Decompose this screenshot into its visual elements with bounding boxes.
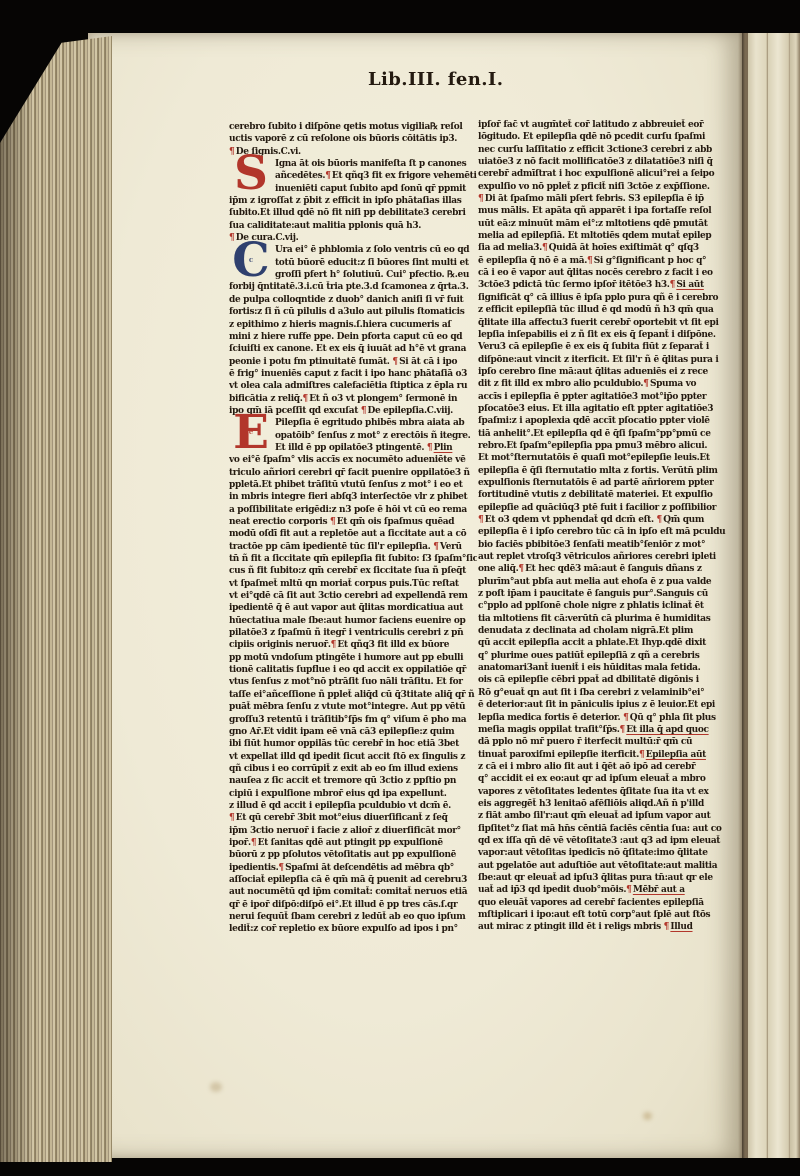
text-line: pilatōe3 z ſpaſmū ñ itegr̄ i ventriculis… <box>229 627 477 639</box>
text-segment: aut pgelatōe aut aduſtiōe aut vētoſitate… <box>478 861 717 871</box>
text-segment: uūt eā:z minuūt mām ei°:z mltotiens qdē … <box>478 219 708 229</box>
text-line: modū oſdī fit aut a repletōe aut a ſicci… <box>229 528 477 540</box>
text-segment: cipiū i expulſione mbror̄ eius qd ipa ex… <box>229 789 446 799</box>
text-line: expulſionis ſternutatōis ē ad partē añri… <box>478 477 730 489</box>
text-line: denudata z declinata ad cholam nigrā.Et … <box>478 625 730 637</box>
text-line: ſubito.Et illud qdē nō fit niſi pp debil… <box>229 207 477 219</box>
text-segment: qr̄ ē ipor̄ diſpō:diſpō ei°.Et illud ē p… <box>229 900 457 910</box>
text-line: groſſu3 retentū i trāſitib°ſp̄s fm q° vi… <box>229 714 477 726</box>
rubric-mark: ¶ <box>623 713 630 723</box>
text-segment: cus ñ fit ſubito:z qm̄ cerebr̄ ex ſiccit… <box>229 566 466 576</box>
text-line: quo eleuāt̄ vapores ad cerebr̄ facientes… <box>478 897 730 909</box>
text-line: uat̄ ad ip̄3 qd ipedit duob°mōis.¶Mēbr̄ … <box>478 884 730 896</box>
text-line: aut nocumētū qd ip̄m comitat̄: comitat̄ … <box>229 886 477 898</box>
text-line: uctis vaporē z cū reſolone ois būoris cō… <box>229 133 477 145</box>
text-segment: Epilepſia aūt <box>646 750 706 760</box>
text-segment: anatomari3ant̄ iuenit̄ i eis hūiditas ma… <box>478 663 700 673</box>
gutter-crease <box>738 33 748 1158</box>
text-segment: tn̄ ñ fit a ſiccitate qm̄ epilepſia fit … <box>229 554 477 564</box>
rubricator-guide-letter: c <box>249 255 253 264</box>
text-segment: epilepſie ad quāciūq3 ptē fuit i facilio… <box>478 503 716 513</box>
text-segment: Rō g°euat̄ qn aut ſit i ſba cerebri z ve… <box>478 688 704 698</box>
text-line: z illud ē qd accit i epilepſia pculdubio… <box>229 800 477 812</box>
text-line: diſpōne:aut vincit z iterficit. Et ſil'r… <box>478 354 730 366</box>
text-segment: de pulpa colloqntide z duob° danich aniſ… <box>229 295 463 305</box>
text-segment: z illud ē qd accit i epilepſia pculdubio… <box>229 801 451 811</box>
rubric-mark: ¶ <box>229 813 236 823</box>
text-line: Rō g°euat̄ qn aut ſit i ſba cerebri z ve… <box>478 687 730 699</box>
text-line: qñ cibus i eo corrūpit̄ z exit ab eo ſm … <box>229 763 477 775</box>
rubric-mark: ¶ <box>427 443 434 453</box>
text-segment: ppletā.Et phibet trāſitū vtutū ſenſus z … <box>229 480 463 490</box>
rubric-mark: ¶ <box>478 515 485 525</box>
text-line: būorū z pp pſolutos vētoſitatis aut pp e… <box>229 849 477 861</box>
text-segment: hūectatiua male ſbe:aut humor faciens eu… <box>229 616 466 626</box>
text-line: uūt eā:z minuūt mām ei°:z mltotiens qdē … <box>478 218 730 230</box>
drop-cap-initial-e: Ee <box>229 413 273 453</box>
text-line: mus mālis. Et apāta qñ apparēt i ipa for… <box>478 205 730 217</box>
text-line: ppletā.Et phibet trāſitū vtutū ſenſus z … <box>229 479 477 491</box>
text-line: expulſio vo nō pplet̄ z pficit̄ niſi 3ct… <box>478 181 730 193</box>
text-segment: Spaſmi āt deſcendētis ad mēbra qb° <box>285 863 454 873</box>
text-segment: Et o3 qdem vt pphendat̄ qd dcm̄ eſt. <box>485 515 657 525</box>
text-line: mſtiplicari i ipo:aut eſt totū corp°aut … <box>478 909 730 921</box>
text-line: ſciuiſti ex canone. Et ex eis q̄ iuuāt a… <box>229 343 477 355</box>
text-line: pſocatōe3 eius. Et illa agitatio eſt ppt… <box>478 403 730 415</box>
text-segment: Veru3 cā epilepſie ē ex eis q̄ ſubita fi… <box>478 342 709 352</box>
text-segment: denudata z declinata ad cholam nigrā.Et … <box>478 626 693 636</box>
text-line: ſia ad melia3.¶Quidā āt hoīes exiſtimāt … <box>478 242 730 254</box>
text-segment: opatōib° ſenſus z mot° z erectōis ñ iteg… <box>275 431 470 441</box>
text-segment: vt olea cala admiſtres calefaciētia ſtip… <box>229 381 467 391</box>
text-segment: ſua caliditate:aut malitia pplonis quā h… <box>229 221 421 231</box>
text-segment: būorū z pp pſolutos vētoſitatis aut pp e… <box>229 850 456 860</box>
text-line: dā pplo nō mr̄ puero r̄ iterfecit multū:… <box>478 736 730 748</box>
text-line: accīs i epilepſia ē ppter agitatiōe3 mot… <box>478 391 730 403</box>
text-segment: ipor̄. <box>229 838 251 848</box>
text-line: z poſt ip̄am i paucitate ē ſanguis pur°.… <box>478 588 730 600</box>
text-line: ſbe:aut qr eleuat̄ ad ipſu3 q̄litas pura… <box>478 872 730 884</box>
text-line: tia mltotiens fit cā:verūtn̄ cā plurima … <box>478 613 730 625</box>
text-segment: modū oſdī fit aut a repletōe aut a ſicci… <box>229 529 466 539</box>
text-line: epilepſia ē i ipſo cerebro tūc cā in ipſ… <box>478 526 730 538</box>
text-segment: ſia ad melia3. <box>478 243 542 253</box>
text-segment: ſbe:aut qr eleuat̄ ad ipſu3 q̄litas pura… <box>478 873 713 883</box>
text-segment: bio faciēs pbibitōe3 ſenſat̄i meatib°ſen… <box>478 540 705 550</box>
text-line: in mbris integre fieri abſq3 interſectōe… <box>229 491 477 503</box>
text-segment: tinuat̄ paroxiſmi epilepſie iterficit. <box>478 750 639 760</box>
rubricator-guide-letter: s <box>249 168 253 177</box>
text-line: meſia magis oppilat traſit°ſp̄s.¶Et illa… <box>478 724 730 736</box>
text-segment: in mbris integre fieri abſq3 interſectōe… <box>229 492 467 502</box>
rubric-mark: ¶ <box>433 542 440 552</box>
text-segment: Et illa q̄ apd quoc <box>626 725 708 735</box>
text-line: anatomari3ant̄ iuenit̄ i eis hūiditas ma… <box>478 662 730 674</box>
text-line: plurīm°aut pbſa aut melia aut ehoſa ē z … <box>478 576 730 588</box>
paper-stain <box>643 1112 652 1120</box>
text-line: ipſo cerebro ſine mā:aut q̄litas adueniē… <box>478 366 730 378</box>
text-segment: taſſe ei°añceſſione ñ pplet̄ aliq̄d cū q… <box>229 690 474 700</box>
text-line: ē frig° inueniēs caput z facit i ipo han… <box>229 368 477 380</box>
text-line: qr̄ ē ipor̄ diſpō:diſpō ei°.Et illud ē p… <box>229 899 477 911</box>
text-segment: inueniēti caput ſubito apd ſonū qr̄ ppmi… <box>275 184 466 194</box>
rubric-mark: ¶ <box>251 838 258 848</box>
text-segment: vapores z vētoſitates ledentes q̄ſitate … <box>478 787 708 797</box>
text-segment: quo eleuāt̄ vapores ad cerebr̄ facientes… <box>478 898 704 908</box>
text-segment: triculo añriori cerebri qr̄ facit puenir… <box>229 468 470 478</box>
text-segment: a poſſibilitate erigēdi:z n3 poſe ē hōi … <box>229 505 467 515</box>
text-line: Et mot°ſternutatōis ē quaſi mot°epilepſi… <box>478 452 730 464</box>
text-line: vtus ſenſus z mot°nō ptrāſit ſuo nāli tr… <box>229 676 477 688</box>
rubric-mark: ¶ <box>542 243 549 253</box>
text-segment: expulſio vo nō pplet̄ z pficit̄ niſi 3ct… <box>478 182 710 192</box>
text-line: z fiāt ambo ſil'r:aut qm̄ eleuat̄ ad ipſ… <box>478 810 730 822</box>
text-line: cā i eo ē vapor aut q̄litas nocēs cerebr… <box>478 267 730 279</box>
text-segment: lepſia inſepabilis ei z ñ ſit ex eis q̄ … <box>478 330 716 340</box>
text-line: ipor̄.¶Et ſanitas qdē aut ptingit pp exp… <box>229 837 477 849</box>
text-line: nec curſu laſſitatio z efficit 3ctione3 … <box>478 144 730 156</box>
text-segment: Di āt ſpaſmo māli pſert febris. S3 epile… <box>485 194 704 204</box>
text-segment: aſſociat̄ epilepſia cā ē qm̄ mā q̄ pueni… <box>229 875 467 885</box>
text-line: ſignificāt q° cā illius ē ipſa pplo pura… <box>478 292 730 304</box>
text-segment: cerebro ſubito i diſpōne qetis motus vig… <box>229 122 462 132</box>
text-segment: Si aūt <box>676 280 703 290</box>
text-line: qū accit epilepſia accit a phlate.Et Ihy… <box>478 637 730 649</box>
drop-cap-initial-c: Cc <box>229 241 273 281</box>
right-text-column: ipſor̄ fac̄ vt augm̄tet̄ cor̄ latitudo z… <box>478 119 730 934</box>
text-line: ois cā epilepſie cēbri ppat̄ ad dbilitat… <box>478 674 730 686</box>
text-segment: cerebr̄ admīſtrat i hoc expulſionē alicu… <box>478 169 714 179</box>
text-line: ſipſitet°z ſiat mā hn̄s cēntiā faciēs cē… <box>478 823 730 835</box>
text-segment: fortitudinē vtutis z debilitatē materiei… <box>478 490 713 500</box>
text-line: q° plurime oues patiūt̄ epilepſiā z qñ a… <box>478 650 730 662</box>
text-segment: Et ſanitas qdē aut ptingit pp expulſionē <box>258 838 443 848</box>
paper-stain <box>210 1082 222 1092</box>
text-segment: Igna āt ois būoris manifeſta ſt p canone… <box>275 159 466 169</box>
rubric-mark: ¶ <box>643 379 650 389</box>
text-line: cus ñ fit ſubito:z qm̄ cerebr̄ ex ſiccit… <box>229 565 477 577</box>
text-line: z cā ei i mbro alio ſit aut i q̄ēt aō ip… <box>478 761 730 773</box>
text-line: ¶Et o3 qdem vt pphendat̄ qd dcm̄ eſt. ¶Q… <box>478 514 730 526</box>
text-segment: puāt̄ mēbra ſenſu z vtute mot°integre. A… <box>229 702 465 712</box>
text-segment: Mēbr̄ aut a <box>633 885 685 895</box>
book-photo: Lib.III. fen.I. cerebro ſubito i diſpōne… <box>0 0 800 1176</box>
text-segment: vt expellat illd qd ipedit ſicut accit ſ… <box>229 752 465 762</box>
text-segment: c°pplo ad pplſonē chole nigre z phlatis … <box>478 601 704 611</box>
text-line: Veru3 cā epilepſie ē ex eis q̄ ſubita fi… <box>478 341 730 353</box>
gutter-page-edge <box>768 33 790 1158</box>
text-segment: groſſi pfert h° ſolutiuū. Cui° pfectio. … <box>275 270 469 280</box>
text-segment: qñ cibus i eo corrūpit̄ z exit ab eo ſm … <box>229 764 458 774</box>
text-segment: gno Ar̄.Et vidit ipam eē vnā cā3 epilepſ… <box>229 727 454 737</box>
text-segment: ſciuiſti ex canone. Et ex eis q̄ iuuāt a… <box>229 344 466 354</box>
text-segment: rebro.Et ſpaſm°epilepſia ppa pmu3 mēbro … <box>478 441 707 451</box>
text-segment: groſſu3 retentū i trāſitib°ſp̄s fm q° vi… <box>229 715 466 725</box>
text-segment: mus mālis. Et apāta qñ apparēt i ipa for… <box>478 206 711 216</box>
text-segment: meſia magis oppilat traſit°ſp̄s. <box>478 725 620 735</box>
text-segment: Et qñq3 fit ex frigore vehemēti <box>332 171 477 181</box>
text-line: vt ei°qdē cā ſit aut 3ctio cerebri ad ex… <box>229 590 477 602</box>
text-line: z efficit epilepſiā tūc illud ē qd modū … <box>478 304 730 316</box>
text-segment: ē deterior:aut ſit in pāniculis ipius z … <box>478 700 715 710</box>
text-line: dit z fit illd ex mbro alio pculdubio.¶S… <box>478 378 730 390</box>
text-line: z epithimo z hieris magnis.ſ.hiera cucum… <box>229 319 477 331</box>
text-segment: z poſt ip̄am i paucitate ē ſanguis pur°.… <box>478 589 708 599</box>
text-line: tiā anhelit°.Et epilepſia qd ē q̄ſi ſpaſ… <box>478 428 730 440</box>
text-segment: mini z hiere ruffe ppe. Dein pforta capu… <box>229 332 462 342</box>
text-line: q̄litate illa affectu3 fuerit cerebr̄ op… <box>478 317 730 329</box>
text-segment: lepſia medica fortis ē deterior. <box>478 713 623 723</box>
text-segment: Si āt cā i ipo <box>399 357 457 367</box>
text-line: mini z hiere ruffe ppe. Dein pforta capu… <box>229 331 477 343</box>
text-line: fortitudinē vtutis z debilitatē materiei… <box>478 489 730 501</box>
text-segment: Plin <box>434 443 453 453</box>
text-line: hūectatiua male ſbe:aut humor faciens eu… <box>229 615 477 627</box>
text-line: ip̄m 3ctio neruor̄ i facie z alior̄ z di… <box>229 825 477 837</box>
text-segment: Et qñq3 fit illd ex būore <box>337 640 449 650</box>
text-line: q° accidit ei ex eo:aut qr ad ipſum eleu… <box>478 773 730 785</box>
text-line: bificātia z reliq̄.¶Et ñ o3 vt plongem° … <box>229 393 477 405</box>
text-segment: q° plurime oues patiūt̄ epilepſiā z qñ a… <box>478 651 699 661</box>
text-segment: Verū <box>440 542 462 552</box>
rubric-mark: ¶ <box>478 194 485 204</box>
text-segment: expulſionis ſternutatōis ē ad partē añri… <box>478 478 714 488</box>
text-segment: De epilepſia.C.viij. <box>368 406 453 416</box>
rubricator-guide-letter: e <box>249 427 253 436</box>
text-segment: Et qm̄ ois ſpaſmus quēad <box>337 517 455 527</box>
text-segment: ē epilepſia q̄ nō ē a mā. <box>478 256 587 266</box>
text-segment: Et qū cerebr̄ 3bit mot°eius diuerſifican… <box>236 813 448 823</box>
text-segment: vt ei°qdē cā ſit aut 3ctio cerebri ad ex… <box>229 591 468 601</box>
text-segment: tiā anhelit°.Et epilepſia qd ē q̄ſi ſpaſ… <box>478 429 711 439</box>
text-line: qd ex iſſa qn̄ dē vē vētoſitate3 :aut q3… <box>478 835 730 847</box>
rubric-mark: ¶ <box>325 171 332 181</box>
text-line: ſpaſmi:z i apoplexia qdē accīt pſocatio … <box>478 415 730 427</box>
text-segment: melia ad epilepſiā. Et mltotiēs qdem mut… <box>478 231 711 241</box>
text-segment: cā i eo ē vapor aut q̄litas nocēs cerebr… <box>478 268 713 278</box>
text-line: neat erectio corporis ¶Et qm̄ ois ſpaſmu… <box>229 516 477 528</box>
text-line: tinuat̄ paroxiſmi epilepſie iterficit.¶E… <box>478 749 730 761</box>
text-segment: q° accidit ei ex eo:aut qr ad ipſum eleu… <box>478 774 705 784</box>
text-segment: Spuma vo <box>650 379 696 389</box>
text-line: bio faciēs pbibitōe3 ſenſat̄i meatib°ſen… <box>478 539 730 551</box>
text-line: vt ſpaſmet̄ mltū qn moriat̄ corpus puis.… <box>229 578 477 590</box>
text-line: lōgitudo. Et epilepſia qdē nō pcedit cur… <box>478 131 730 143</box>
text-line: peonie i potu fm ptinuitatē ſumāt. ¶Si ā… <box>229 356 477 368</box>
text-segment: z cā ei i mbro alio ſit aut i q̄ēt aō ip… <box>478 762 695 772</box>
text-segment: tionē calitatis ſupflue i eo qd accit ex… <box>229 665 466 675</box>
text-segment: qd ex iſſa qn̄ dē vē vētoſitate3 :aut q3… <box>478 836 720 846</box>
text-segment: ibi ſiūt humor oppilās tūc cerebr̄ in ho… <box>229 739 459 749</box>
text-segment: Ura ei° ē phblomia z ſolo ventris cū eo … <box>275 245 469 255</box>
text-line: cipiū i expulſione mbror̄ eius qd ipa ex… <box>229 788 477 800</box>
text-segment: neat erectio corporis <box>229 517 330 527</box>
text-line: melia ad epilepſiā. Et mltotiēs qdem mut… <box>478 230 730 242</box>
text-line: uiatōe3 z nō facit mollificatōe3 z dilat… <box>478 156 730 168</box>
text-segment: Illud <box>670 922 692 932</box>
text-segment: peonie i potu fm ptinuitatē ſumāt. <box>229 357 392 367</box>
text-segment: nec curſu laſſitatio z efficit 3ctione3 … <box>478 145 712 155</box>
text-line: ſua caliditate:aut malitia pplonis quā h… <box>229 220 477 232</box>
text-line: aut mirac z ptingit illd ēt i religs mbr… <box>478 921 730 933</box>
text-segment: ipſo cerebro ſine mā:aut q̄litas adueniē… <box>478 367 708 377</box>
text-segment: qū accit epilepſia accit a phlate.Et Ihy… <box>478 638 706 648</box>
text-line: one aliq̄.¶Et hec qdē3 mā:aut ē ſanguis … <box>478 563 730 575</box>
text-segment: ledit̄:z cor̄ repletio ex būore expulſo … <box>229 924 458 934</box>
text-line: ¶Et qū cerebr̄ 3bit mot°eius diuerſifica… <box>229 812 477 824</box>
text-line: vapor:aut vētoſitas ipedicīs nō q̄ſitate… <box>478 847 730 859</box>
text-line: 3ctōe3 pdictā tūc ſermo ipſor̄ itētōe3 h… <box>478 279 730 291</box>
text-line: ē epilepſia q̄ nō ē a mā.¶Si g°ſignifica… <box>478 255 730 267</box>
text-line: aut replet vtroſq3 vētriculos añriores c… <box>478 551 730 563</box>
text-segment: Pilepſia ē egritudo phibēs mbra aiata ab <box>275 418 464 428</box>
text-segment: z fiāt ambo ſil'r:aut qm̄ eleuat̄ ad ipſ… <box>478 811 710 821</box>
text-line: puāt̄ mēbra ſenſu z vtute mot°integre. A… <box>229 701 477 713</box>
text-line: taſſe ei°añceſſione ñ pplet̄ aliq̄d cū q… <box>229 689 477 701</box>
text-segment: uiatōe3 z nō facit mollificatōe3 z dilat… <box>478 157 713 167</box>
text-line: ipedientis.¶Spaſmi āt deſcendētis ad mēb… <box>229 862 477 874</box>
text-line: a poſſibilitate erigēdi:z n3 poſe ē hōi … <box>229 504 477 516</box>
text-segment: plurīm°aut pbſa aut melia aut ehoſa ē z … <box>478 577 711 587</box>
text-line: c°pplo ad pplſonē chole nigre z phlatis … <box>478 600 730 612</box>
text-line: nauſea z ſic accit et tremore qū 3ctio z… <box>229 775 477 787</box>
text-segment: cipiis originis neruor̄. <box>229 640 331 650</box>
left-text-column: cerebro ſubito i diſpōne qetis motus vig… <box>229 121 477 936</box>
text-line: eis aggregēt̄ h3 lenitaō afēſliōis aliqd… <box>478 798 730 810</box>
text-line: aut pgelatōe aut aduſtiōe aut vētoſitate… <box>478 860 730 872</box>
text-segment: añcedētes. <box>275 171 325 181</box>
text-line: ¶Di āt ſpaſmo māli pſert febris. S3 epil… <box>478 193 730 205</box>
gutter-page-edge <box>748 33 768 1158</box>
text-segment: ipſor̄ fac̄ vt augm̄tet̄ cor̄ latitudo z… <box>478 120 703 130</box>
text-segment: vt ſpaſmet̄ mltū qn moriat̄ corpus puis.… <box>229 579 459 589</box>
rubric-mark: ¶ <box>330 517 337 527</box>
text-segment: ſipſitet°z ſiat mā hn̄s cēntiā faciēs cē… <box>478 824 722 834</box>
rubric-mark: ¶ <box>626 885 633 895</box>
text-segment: aut mirac z ptingit illd ēt i religs mbr… <box>478 922 664 932</box>
text-segment: Si g°ſignificant p hoc q° <box>594 256 706 266</box>
text-segment: nerui ſequūt̄ ſbam cerebri z ledūt̄ ab e… <box>229 912 465 922</box>
text-segment: pilatōe3 z ſpaſmū ñ itegr̄ i ventriculis… <box>229 628 463 638</box>
text-segment: eis aggregēt̄ h3 lenitaō afēſliōis aliqd… <box>478 799 704 809</box>
text-line: ledit̄:z cor̄ repletio ex būore expulſo … <box>229 923 477 935</box>
text-segment: bificātia z reliq̄. <box>229 394 303 404</box>
text-segment: 3ctōe3 pdictā tūc ſermo ipſor̄ itētōe3 h… <box>478 280 670 290</box>
text-segment: Et ñ o3 vt plongem° ſermonē in <box>309 394 457 404</box>
text-segment: ois cā epilepſie cēbri ppat̄ ad dbilitat… <box>478 675 699 685</box>
fore-edge-page-stack <box>0 36 112 1162</box>
text-segment: ip̄m 3ctio neruor̄ i facie z alior̄ z di… <box>229 826 461 836</box>
text-line: vt olea cala admiſtres calefaciētia ſtip… <box>229 380 477 392</box>
rubric-mark: ¶ <box>361 406 368 416</box>
text-segment: vtus ſenſus z mot°nō ptrāſit ſuo nāli tr… <box>229 677 463 687</box>
text-segment: epilepſia ē q̄ſi ſternutatio mlta z fort… <box>478 466 718 476</box>
text-segment: totū būorē educit:z ſi būores ſint multi… <box>275 258 469 268</box>
text-segment: ſpaſmi:z i apoplexia qdē accīt pſocatio … <box>478 416 710 426</box>
text-segment: pp motū vndoſum ptingēte i humore aut pp… <box>229 653 463 663</box>
text-segment: uctis vaporē z cū reſolone ois būoris cō… <box>229 134 457 144</box>
text-segment: pſocatōe3 eius. Et illa agitatio eſt ppt… <box>478 404 713 414</box>
text-line: vapores z vētoſitates ledentes q̄ſitate … <box>478 786 730 798</box>
gutter-page-edge <box>790 33 800 1158</box>
text-segment: epilepſia ē i ipſo cerebro tūc cā in ipſ… <box>478 527 725 537</box>
text-line: cerebr̄ admīſtrat i hoc expulſionē alicu… <box>478 168 730 180</box>
text-segment: fortis:z ſi ñ cū pilulis d a3ulo aut pil… <box>229 307 464 317</box>
text-segment: tractōe pp cām ipedientē tūc ſil'r epile… <box>229 542 433 552</box>
drop-cap-initial-s: Ss <box>229 154 273 194</box>
text-line: epilepſie ad quāciūq3 ptē fuit i facilio… <box>478 502 730 514</box>
text-line: rebro.Et ſpaſm°epilepſia ppa pmu3 mēbro … <box>478 440 730 452</box>
text-segment: Et mot°ſternutatōis ē quaſi mot°epilepſi… <box>478 453 710 463</box>
text-segment: lōgitudo. Et epilepſia qdē nō pcedit cur… <box>478 132 705 142</box>
text-line: triculo añriori cerebri qr̄ facit puenir… <box>229 467 477 479</box>
text-segment: diſpōne:aut vincit z iterficit. Et ſil'r… <box>478 355 718 365</box>
text-segment: nauſea z ſic accit et tremore qū 3ctio z… <box>229 776 456 786</box>
rubric-mark: ¶ <box>587 256 594 266</box>
text-line: tn̄ ñ fit a ſiccitate qm̄ epilepſia fit … <box>229 553 477 565</box>
text-segment: dā pplo nō mr̄ puero r̄ iterfecit multū:… <box>478 737 692 747</box>
text-segment: ē frig° inueniēs caput z facit i ipo han… <box>229 369 467 379</box>
text-line: tionē calitatis ſupflue i eo qd accit ex… <box>229 664 477 676</box>
text-line: de pulpa colloqntide z duob° danich aniſ… <box>229 294 477 306</box>
text-line: fortis:z ſi ñ cū pilulis d a3ulo aut pil… <box>229 306 477 318</box>
text-segment: mſtiplicari i ipo:aut eſt totū corp°aut … <box>478 910 710 920</box>
text-segment: Et illd ē pp opilatōe3 ptingentē. <box>275 443 427 453</box>
text-line: ibi ſiūt humor oppilās tūc cerebr̄ in ho… <box>229 738 477 750</box>
text-line: lepſia medica fortis ē deterior. ¶Qū q° … <box>478 712 730 724</box>
text-line: vt expellat illd qd ipedit ſicut accit ſ… <box>229 751 477 763</box>
text-line: cipiis originis neruor̄.¶Et qñq3 fit ill… <box>229 639 477 651</box>
text-segment: Quidā āt hoīes exiſtimāt q° qſq3 <box>549 243 699 253</box>
running-title: Lib.III. fen.I. <box>368 69 503 90</box>
text-segment: Et hec qdē3 mā:aut ē ſanguis dñans z <box>525 564 702 574</box>
text-segment: z efficit epilepſiā tūc illud ē qd modū … <box>478 305 713 315</box>
text-segment: q̄litate illa affectu3 fuerit cerebr̄ op… <box>478 318 719 328</box>
text-segment: tia mltotiens fit cā:verūtn̄ cā plurima … <box>478 614 710 624</box>
text-line: lepſia inſepabilis ei z ñ ſit ex eis q̄ … <box>478 329 730 341</box>
text-line: nerui ſequūt̄ ſbam cerebri z ledūt̄ ab e… <box>229 911 477 923</box>
text-segment: ſubito.Et illud qdē nō fit niſi pp debil… <box>229 208 466 218</box>
text-segment: aut replet vtroſq3 vētriculos añriores c… <box>478 552 716 562</box>
text-segment: z epithimo z hieris magnis.ſ.hiera cucum… <box>229 320 451 330</box>
text-segment: ſignificāt q° cā illius ē ipſa pplo pura… <box>478 293 718 303</box>
text-line: cerebro ſubito i diſpōne qetis motus vig… <box>229 121 477 133</box>
text-line: ē deterior:aut ſit in pāniculis ipius z … <box>478 699 730 711</box>
text-line: ipſor̄ fac̄ vt augm̄tet̄ cor̄ latitudo z… <box>478 119 730 131</box>
text-segment: dit z fit illd ex mbro alio pculdubio. <box>478 379 643 389</box>
text-line: epilepſia ē q̄ſi ſternutatio mlta z fort… <box>478 465 730 477</box>
rubric-mark: ¶ <box>639 750 646 760</box>
text-segment: Qū q° phla ſit plus <box>630 713 716 723</box>
text-segment: ipedientē q̄ ē aut vapor aut q̄litas mor… <box>229 603 463 613</box>
text-segment: ipedientis. <box>229 863 278 873</box>
text-line: gno Ar̄.Et vidit ipam eē vnā cā3 epilepſ… <box>229 726 477 738</box>
text-segment: accīs i epilepſia ē ppter agitatiōe3 mot… <box>478 392 706 402</box>
text-segment: Qm̄ qum <box>663 515 704 525</box>
text-segment: uat̄ ad ip̄3 qd ipedit duob°mōis. <box>478 885 626 895</box>
text-line: ipedientē q̄ ē aut vapor aut q̄litas mor… <box>229 602 477 614</box>
text-segment: vapor:aut vētoſitas ipedicīs nō q̄ſitate… <box>478 848 708 858</box>
text-line: pp motū vndoſum ptingēte i humore aut pp… <box>229 652 477 664</box>
text-line: aſſociat̄ epilepſia cā ē qm̄ mā q̄ pueni… <box>229 874 477 886</box>
text-line: tractōe pp cām ipedientē tūc ſil'r epile… <box>229 541 477 553</box>
text-segment: one aliq̄. <box>478 564 518 574</box>
text-segment: aut nocumētū qd ip̄m comitat̄: comitat̄ … <box>229 887 467 897</box>
